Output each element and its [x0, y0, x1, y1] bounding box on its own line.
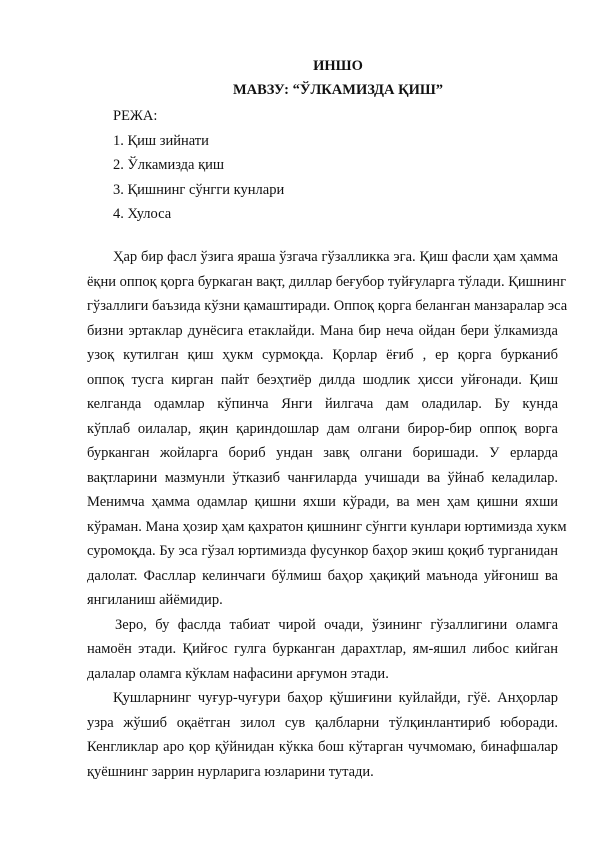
- text-line: суромоқда. Бу эса гўзал юртимизда фусунк…: [87, 539, 558, 564]
- text-line: оппоқ тусга кирган пайт беэҳтиёр дилда ш…: [87, 368, 558, 393]
- text-line: бизни эртаклар дунёсига етаклайди. Мана …: [87, 319, 558, 344]
- text-line: Кенгликлар аро қор қўйнидан кўкка бош кў…: [87, 735, 558, 760]
- paragraph: Зеро, бу фаслда табиат чирой очади, ўзин…: [87, 613, 558, 687]
- text-line: узоқ кутилган қиш ҳукм сурмоқда. Қорлар …: [87, 343, 558, 368]
- text-line: янгиланиш айёмидир.: [87, 588, 558, 613]
- text-line: далалар оламга кўклам нафасини арғумон э…: [87, 662, 558, 687]
- text-line: гўзаллиги баъзида кўзни қамаштиради. Опп…: [87, 294, 558, 319]
- text-line: кўраман. Мана ҳозир ҳам қахратон қишнинг…: [87, 515, 558, 540]
- text-line: ёқни оппоқ қорга буркаган вақт, диллар б…: [87, 270, 558, 295]
- text-line: Зеро, бу фаслда табиат чирой очади, ўзин…: [87, 613, 558, 638]
- text-line: кўплаб оилалар, яқин қариндошлар дам олг…: [87, 417, 558, 442]
- document-page: ИНШО МАВЗУ: “ЎЛКАМИЗДА ҚИШ” РЕЖА: 1. Қиш…: [0, 0, 596, 842]
- plan-heading: РЕЖА:: [113, 104, 284, 129]
- text-line: Менимча ҳамма одамлар қишни яхши кўради,…: [87, 490, 558, 515]
- essay-subtitle: МАВЗУ: “ЎЛКАМИЗДА ҚИШ”: [0, 82, 596, 99]
- essay-body: Ҳар бир фасл ўзига яраша ўзгача гўзаллик…: [87, 245, 558, 784]
- plan-item: 1. Қиш зийнати: [113, 129, 284, 154]
- plan-item: 2. Ўлкамизда қиш: [113, 153, 284, 178]
- essay-title: ИНШО: [0, 58, 596, 75]
- plan-section: РЕЖА: 1. Қиш зийнати 2. Ўлкамизда қиш 3.…: [113, 104, 284, 227]
- plan-item: 3. Қишнинг сўнгги кунлари: [113, 178, 284, 203]
- text-line: Ҳар бир фасл ўзига яраша ўзгача гўзаллик…: [87, 245, 558, 270]
- text-line: узра жўшиб оқаётган зилол сув қалбларни …: [87, 711, 558, 736]
- text-line: далолат. Фасллар келинчаги бўлмиш баҳор …: [87, 564, 558, 589]
- text-line: вақтларини мазмунли ўтказиб чанғиларда у…: [87, 466, 558, 491]
- text-line: намоён этади. Қийғос гулга бурканган дар…: [87, 637, 558, 662]
- paragraph: Қушларнинг чуғур-чуғури баҳор қўшиғини к…: [87, 686, 558, 784]
- text-line: бурканган жойларга бориб ундан завқ олга…: [87, 441, 558, 466]
- paragraph: Ҳар бир фасл ўзига яраша ўзгача гўзаллик…: [87, 245, 558, 613]
- text-line: Қушларнинг чуғур-чуғури баҳор қўшиғини к…: [87, 686, 558, 711]
- text-line: келганда одамлар кўпинча Янги йилгача да…: [87, 392, 558, 417]
- text-line: қуёшнинг заррин нурларига юзларини тутад…: [87, 760, 558, 785]
- plan-item: 4. Хулоса: [113, 202, 284, 227]
